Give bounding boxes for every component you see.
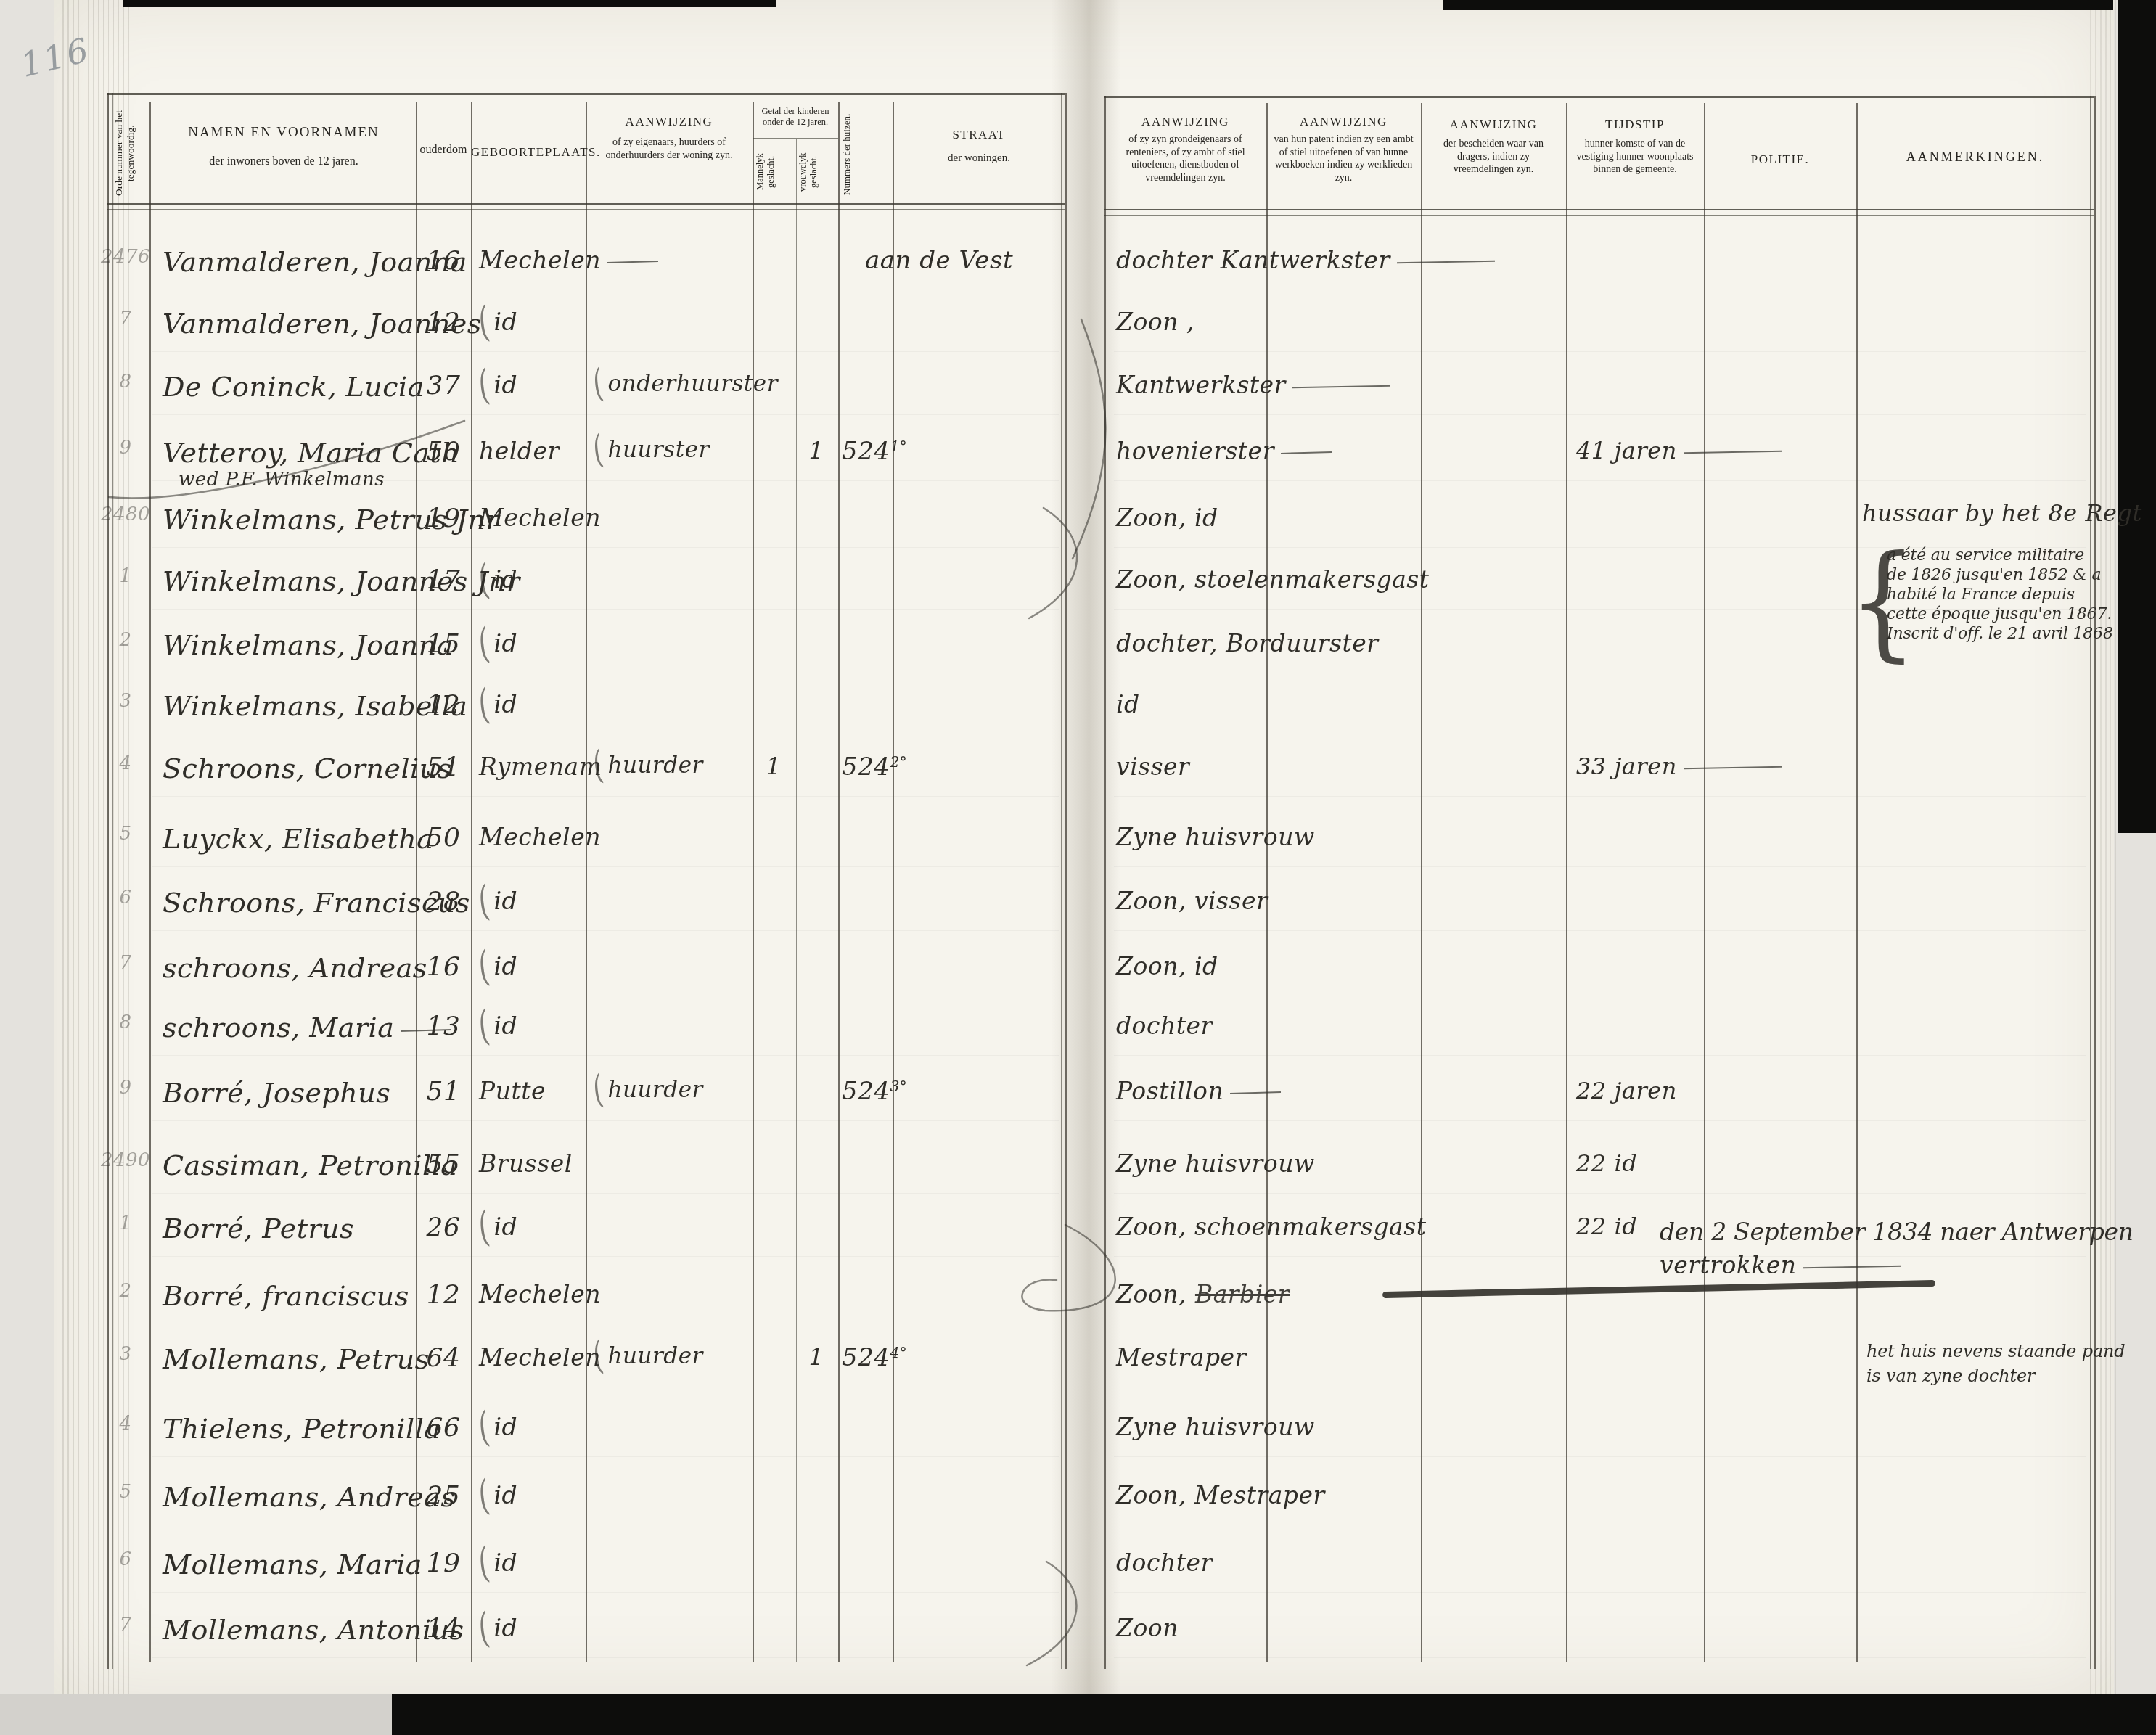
faint-ruled-line [1114,930,2086,931]
faint-ruled-line [152,1592,1059,1593]
cell-ouderdom: 26 [414,1213,472,1242]
cell-geboorteplaats: id [479,1549,517,1577]
cell-ouderdom: 14 [414,1614,472,1644]
cell-naam: Thielens, Petronilla [163,1413,441,1445]
cell-orde: 4 [100,752,151,774]
table-rule [107,99,1065,99]
house-number-sup: 2° [890,753,906,771]
cell-naam: Mollemans, Petrus [163,1343,430,1375]
cell-orde: 1 [100,565,151,587]
scan-edge-right [2118,0,2156,833]
scan-corner-bottom-left [0,1694,392,1735]
cell-naam: Borré, Petrus [163,1213,354,1244]
remark-line: de 1826 jusqu'en 1852 & a [1887,565,2113,585]
cell-beroep: Zoon, id [1116,504,1218,532]
faint-ruled-line [1114,547,2086,548]
cell-orde: 8 [100,371,151,393]
cell-naam: schroons, Maria [163,1012,451,1043]
remark-line: a été au service militaire [1887,546,2113,565]
faint-ruled-line [152,866,1059,867]
cell-beroep: Zoon [1116,1614,1179,1642]
cell-orde: 5 [100,823,151,845]
faint-ruled-line [1114,351,2086,352]
cell-beroep: visser [1116,752,1189,781]
table-rule [107,93,1065,95]
cell-beroep: Mestraper [1116,1343,1247,1371]
header-orde-nummer: Orde nummer van het tegenwoordig. [113,106,149,200]
cell-beroep: dochter [1116,1012,1213,1040]
table-rule [1704,103,1705,1662]
cell-beroep: dochter [1116,1549,1213,1577]
cell-orde: 7 [100,952,151,974]
cell-orde: 9 [100,1077,151,1099]
table-rule [2090,96,2091,1669]
table-rule [1421,103,1422,1662]
house-number: 524 [842,752,890,782]
header-geboorteplaats: GEBOORTEPLAATS. [471,145,586,160]
cell-naam: Borré, Josephus [163,1077,390,1109]
remark-line: cette époque jusqu'en 1867. [1887,604,2113,624]
faint-ruled-line [152,930,1059,931]
remark-mollemans-line1: het huis nevens staande pand [1866,1341,2125,1361]
header-beroep-line1: AANWIJZING [1104,115,1266,129]
cell-geboorteplaats: Mechelen [479,823,601,851]
cell-geboorteplaats: id [479,1213,517,1241]
cell-aanwijzing: onderhuurster [594,371,778,397]
faint-ruled-line [152,1525,1059,1525]
cell-geboorteplaats: Mechelen [479,1280,601,1308]
table-rule [1104,209,2094,210]
table-rule [1856,103,1858,1662]
table-rule [586,102,587,1662]
cell-orde: 3 [100,1343,151,1365]
header-patent-line1: AANWIJZING [1266,115,1421,129]
cell-orde: 2 [100,629,151,651]
house-number: 524 [842,437,890,466]
cell-ouderdom: 50 [414,823,472,853]
cell-geboorteplaats: Mechelen [479,504,601,532]
cell-geboorteplaats: id [479,371,517,399]
remark-winkelmans-title: hussaar by het 8e Regt [1862,499,2142,527]
cell-orde: 6 [100,1549,151,1570]
cell-straat: aan de Vest [865,246,1013,275]
house-number-sup: 1° [890,438,906,455]
table-rule [753,138,838,139]
cell-ouderdom: 51 [414,1077,472,1107]
faint-ruled-line [1114,1055,2086,1056]
cell-orde: 5 [100,1481,151,1503]
cell-ouderdom: 12 [414,308,472,337]
cell-geboorteplaats: id [479,952,517,980]
cell-geboorteplaats: Putte [479,1077,546,1105]
cell-orde: 2 [100,1280,151,1302]
faint-ruled-line [152,796,1059,797]
table-rule [1566,103,1567,1662]
struck-word: Barbier [1195,1280,1290,1308]
cell-aanwijzing: huurder [594,1343,703,1369]
header-aanwijzing-woning-line2: of zy eigenaars, huurders of onderhuurde… [594,136,745,162]
cell-aanwijzing: huurder [594,752,703,779]
cell-tijdstip: 22 id [1576,1213,1637,1240]
header-bescheiden-line2: der bescheiden waar van dragers, indien … [1427,138,1560,176]
cell-tijdstip: 22 id [1576,1149,1637,1177]
faint-ruled-line [152,290,1059,290]
cell-naam: Mollemans, Andreas [163,1481,455,1513]
faint-ruled-line [152,414,1059,415]
cell-naam: schroons, Andreas [163,952,427,984]
cell-ouderdom: 12 [414,690,472,720]
header-namen-line2: der inwoners boven de 12 jaren. [152,155,415,168]
cell-beroep: Zoon , [1116,308,1194,336]
house-number-sup: 3° [890,1078,906,1095]
cell-geboorteplaats: id [479,690,517,718]
faint-ruled-line [152,547,1059,548]
cell-orde: 4 [100,1413,151,1435]
cell-ouderdom: 25 [414,1481,472,1511]
cell-ouderdom: 55 [414,1149,472,1179]
cell-ouderdom: 16 [414,952,472,982]
table-rule [1110,96,1110,1669]
header-namen-line1: NAMEN EN VOORNAMEN [152,125,415,141]
faint-ruled-line [152,1657,1059,1658]
cell-huisnr: 5243° [842,1077,907,1106]
occupation: Zoon, [1116,1280,1186,1308]
header-tijdstip-line1: TIJDSTIP [1566,118,1704,132]
cell-geboorteplaats: id [479,1012,517,1040]
cell-naam: Cassiman, Petronilla [163,1149,457,1181]
table-rule [1104,102,2094,102]
cell-ouderdom: 13 [414,1012,472,1041]
table-rule [1065,93,1067,1669]
cell-geboorteplaats: id [479,1413,517,1441]
cell-man: 1 [753,752,795,780]
header-beroep-line2: of zy zyn grondeigenaars of renteniers, … [1109,134,1262,184]
header-straat-line2: der woningen. [893,152,1065,165]
cell-ouderdom: 19 [414,504,472,533]
faint-ruled-line [152,996,1059,996]
cell-huisnr: 5244° [842,1343,907,1372]
politie-note-line1: den 2 September 1834 naer Antwerpen [1660,1218,2134,1246]
cell-ouderdom: 28 [414,887,472,916]
cell-orde: 2480 [100,504,151,525]
faint-ruled-line [152,734,1059,734]
cell-beroep: Zoon, schoenmakersgast [1116,1213,1426,1241]
cell-beroep: Kantwerkster [1116,371,1390,399]
faint-ruled-line [1114,1324,2086,1324]
faint-ruled-line [1114,734,2086,734]
header-aanmerkingen: AANMERKINGEN. [1856,149,2094,165]
faint-ruled-line [1114,1657,2086,1658]
header-politie: POLITIE. [1704,152,1856,167]
cell-beroep: Zoon, visser [1116,887,1268,915]
cell-orde: 3 [100,690,151,712]
scan-edge-top-right [1443,0,2113,10]
cell-ouderdom: 37 [414,371,472,401]
header-bescheiden-line1: AANWIJZING [1421,118,1566,132]
table-rule [1104,215,2094,216]
faint-ruled-line [1114,996,2086,996]
table-rule [1104,96,1106,1669]
cell-ouderdom: 50 [414,437,472,467]
cell-naam: Borré, franciscus [163,1280,409,1312]
cell-geboorteplaats: id [479,1614,517,1642]
cell-tijdstip: 33 jaren [1576,752,1782,780]
cell-tijdstip: 22 jaren [1576,1077,1677,1104]
faint-ruled-line [152,673,1059,673]
house-number: 524 [842,1343,890,1372]
faint-ruled-line [1114,609,2086,610]
scan-edge-top-left [123,0,776,7]
remark-line: habité la France depuis [1887,585,2113,604]
cell-geboorteplaats: id [479,565,517,594]
table-rule [893,102,894,1662]
cell-ouderdom: 15 [414,629,472,659]
faint-ruled-line [1114,1193,2086,1194]
cell-ouderdom: 12 [414,1280,472,1310]
table-rule [753,102,754,1662]
cell-naam2: wed P.F. Winkelmans [179,469,385,491]
remark-mollemans-line2: is van zyne dochter [1866,1366,2035,1386]
cell-ouderdom: 19 [414,1549,472,1578]
header-ouderdom: ouderdom [416,144,471,157]
header-kinderen-vrouwelijk: vrouwelyk geslacht. [798,142,837,202]
faint-ruled-line [152,1324,1059,1324]
faint-ruled-line [1114,796,2086,797]
faint-ruled-line [152,351,1059,352]
cell-beroep: Zoon, stoelenmakersgast [1116,565,1430,594]
cell-orde: 2476 [100,246,151,268]
cell-orde: 6 [100,887,151,908]
cell-naam: Luyckx, Elisabetha [163,823,434,855]
cell-orde: 2490 [100,1149,151,1171]
cell-vrouw: 1 [795,1343,837,1371]
faint-ruled-line [152,1055,1059,1056]
header-kinderen-group: Getal der kinderen onder de 12 jaren. [753,106,838,128]
cell-geboorteplaats: Rymenam [479,752,602,781]
table-rule [838,102,840,1662]
header-kinderen-mannelijk: Mannelyk geslacht. [755,142,794,202]
house-number: 524 [842,1077,890,1106]
table-rule [1061,93,1062,1669]
cell-geboorteplaats: id [479,887,517,915]
cell-ouderdom: 64 [414,1343,472,1373]
cell-geboorteplaats: id [479,308,517,336]
cell-aanwijzing: huurder [594,1077,703,1103]
cell-beroep: Zoon,Barbier [1116,1280,1290,1308]
cell-naam: Winkelmans, Joanna [163,629,454,661]
cell-beroep: id [1116,690,1140,718]
cell-beroep: Zoon, Mestraper [1116,1481,1325,1509]
faint-ruled-line [1114,1525,2086,1525]
cell-geboorteplaats: Brussel [479,1149,573,1178]
cell-beroep: dochter Kantwerkster [1116,246,1495,274]
politie-note-line2: vertrokken [1660,1251,1901,1279]
faint-ruled-line [1114,1456,2086,1457]
cell-geboorteplaats: helder [479,437,560,465]
header-nummers-huizen: Nummers der huizen. [841,109,891,200]
cell-geboorteplaats: Mechelen [479,1343,601,1371]
cell-naam: Mollemans, Maria [163,1549,422,1580]
cell-orde: 8 [100,1012,151,1033]
scan-edge-bottom [392,1694,2156,1735]
header-tijdstip-line2: hunner komste of van de vestiging hunner… [1570,138,1700,176]
cell-beroep: Zyne huisvrouw [1116,823,1315,851]
cell-beroep: Zyne huisvrouw [1116,1149,1315,1178]
header-straat-line1: STRAAT [893,128,1065,142]
cell-beroep: Zoon, id [1116,952,1218,980]
cell-ouderdom: 66 [414,1413,472,1443]
cell-orde: 9 [100,437,151,459]
cell-beroep: Postillon [1116,1077,1281,1105]
faint-ruled-line [1114,480,2086,481]
faint-ruled-line [1114,1592,2086,1593]
cell-orde: 1 [100,1213,151,1234]
faint-ruled-line [1114,1387,2086,1387]
table-rule [1104,96,2094,98]
cell-geboorteplaats: id [479,1481,517,1509]
faint-ruled-line [152,609,1059,610]
house-number-sup: 4° [890,1344,906,1361]
cell-orde: 7 [100,308,151,329]
faint-ruled-line [152,1193,1059,1194]
cell-beroep: Zyne huisvrouw [1116,1413,1315,1441]
cell-huisnr: 5242° [842,752,907,782]
cell-tijdstip: 41 jaren [1576,437,1782,464]
cell-beroep: hovenierster [1116,437,1332,465]
cell-beroep: dochter, Borduurster [1116,629,1378,657]
cell-ouderdom: 17 [414,565,472,595]
cell-naam: De Coninck, Lucia [163,371,425,403]
faint-ruled-line [1114,673,2086,673]
cell-geboorteplaats: id [479,629,517,657]
scanned-register-spread: 116 Orde nummer van het tegenwoordig. NA… [0,0,2156,1735]
table-rule [796,139,797,1662]
cell-naam: Schroons, Cornelius [163,752,452,784]
cell-aanwijzing: huurster [594,437,710,463]
cell-huisnr: 5241° [842,437,907,466]
header-patent-line2: van hun patent indien zy een ambt of sti… [1271,134,1417,184]
faint-ruled-line [152,1456,1059,1457]
faint-ruled-line [1114,290,2086,290]
faint-ruled-line [1114,866,2086,867]
remark-line: Inscrit d'off. le 21 avril 1868 [1887,624,2113,644]
cell-orde: 7 [100,1614,151,1636]
faint-ruled-line [1114,1256,2086,1257]
faint-ruled-line [152,1120,1059,1121]
remark-winkelmans-body: a été au service militaire de 1826 jusqu… [1887,546,2113,644]
cell-geboorteplaats: Mechelen [479,246,658,274]
faint-ruled-line [152,1387,1059,1387]
header-aanwijzing-woning-line1: AANWIJZING [586,115,753,129]
faint-ruled-line [152,1256,1059,1257]
cell-vrouw: 1 [795,437,837,464]
faint-ruled-line [1114,1120,2086,1121]
table-rule [2094,96,2096,1669]
faint-ruled-line [1114,414,2086,415]
cell-ouderdom: 51 [414,752,472,782]
cell-ouderdom: 16 [414,246,472,276]
